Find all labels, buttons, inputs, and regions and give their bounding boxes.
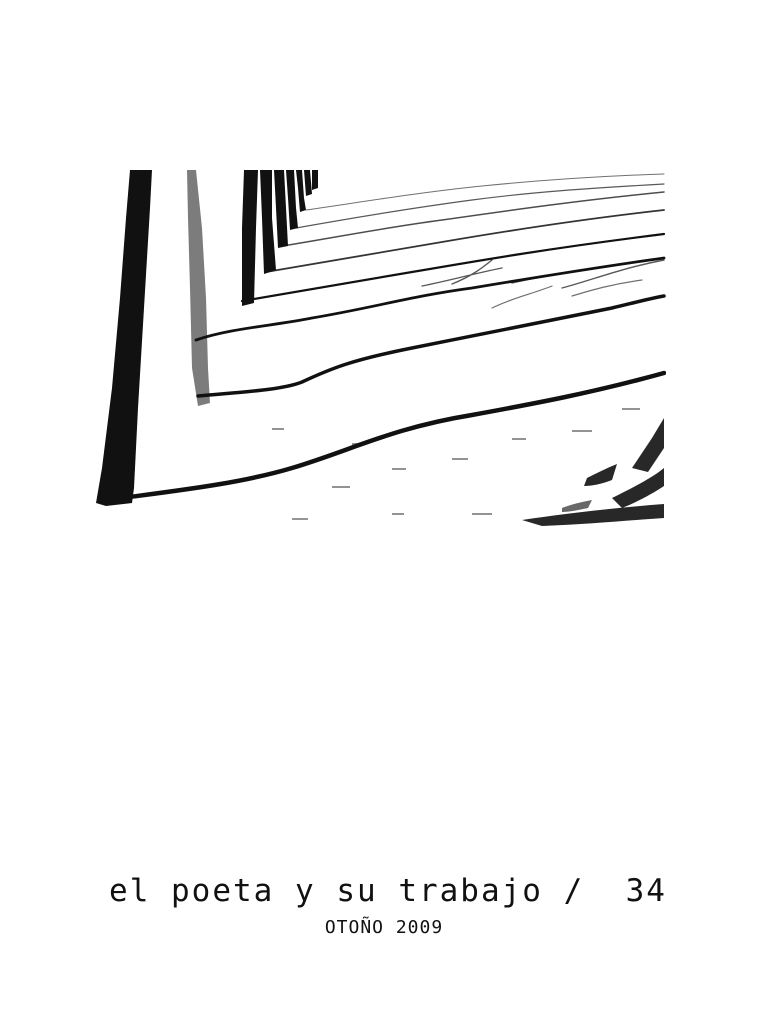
cover-photograph [92, 168, 666, 530]
issue-season: OTOÑO 2009 [0, 919, 768, 937]
trees-shadows-illustration [92, 168, 666, 530]
publication-title: el poeta y su trabajo / 34 [0, 876, 768, 907]
cover-title-block: el poeta y su trabajo / 34 OTOÑO 2009 [0, 876, 768, 937]
